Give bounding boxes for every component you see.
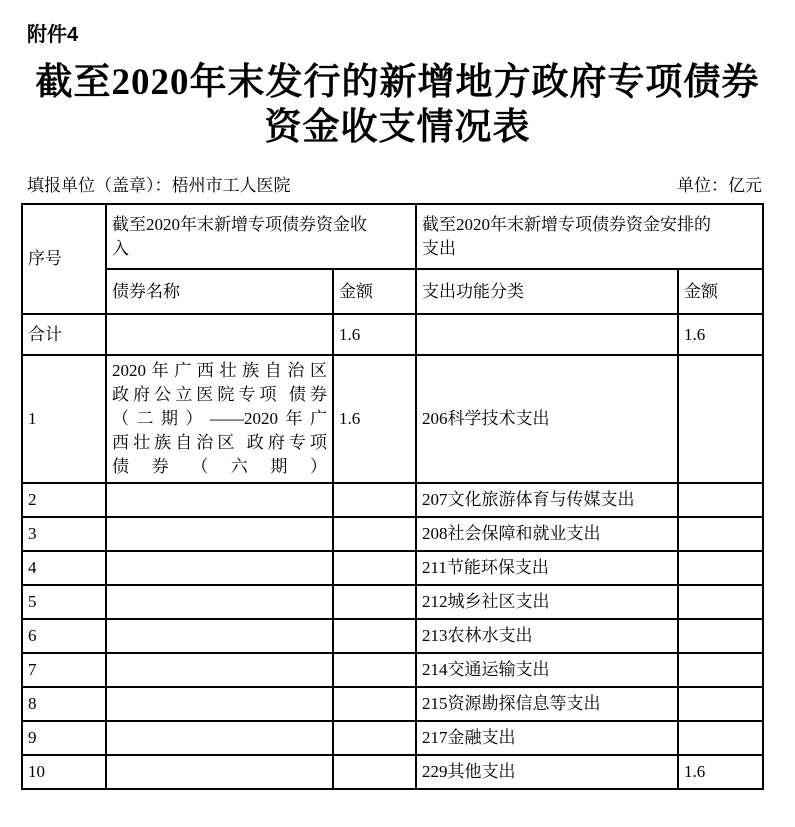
cell-bond-name — [106, 483, 333, 517]
cell-seq: 4 — [22, 551, 106, 585]
cell-income-amount — [333, 517, 416, 551]
cell-expense-function: 215资源勘探信息等支出 — [416, 687, 678, 721]
table-body: 合计1.61.612020年广西壮族自治区 政府公立医院专项 债券 （二期）——… — [22, 314, 763, 789]
header-income-group: 截至2020年末新增专项债券资金收 入 — [106, 204, 416, 269]
cell-bond-name — [106, 619, 333, 653]
cell-income-amount: 1.6 — [333, 314, 416, 355]
attachment-label: 附件4 — [27, 22, 795, 48]
cell-seq: 6 — [22, 619, 106, 653]
unit-label: 单位：亿元 — [677, 175, 762, 197]
cell-expense-amount — [678, 687, 763, 721]
cell-bond-name — [106, 721, 333, 755]
cell-income-amount — [333, 483, 416, 517]
cell-expense-amount — [678, 551, 763, 585]
document-page: 附件4 截至2020年末发行的新增地方政府专项债券 资金收支情况表 填报单位（盖… — [0, 22, 795, 790]
header-seq: 序号 — [22, 204, 106, 314]
cell-bond-name — [106, 755, 333, 789]
cell-bond-name — [106, 687, 333, 721]
meta-row: 填报单位（盖章）：梧州市工人医院 单位：亿元 — [21, 175, 762, 197]
header-income-amount: 金额 — [333, 269, 416, 314]
cell-expense-amount — [678, 653, 763, 687]
header-expense-group: 截至2020年末新增专项债券资金安排的 支出 — [416, 204, 763, 269]
cell-seq: 8 — [22, 687, 106, 721]
cell-expense-amount — [678, 721, 763, 755]
cell-bond-name — [106, 517, 333, 551]
cell-bond-name: 2020年广西壮族自治区 政府公立医院专项 债券 （二期）——2020年广 西壮… — [106, 355, 333, 483]
cell-expense-function: 213农林水支出 — [416, 619, 678, 653]
cell-income-amount: 1.6 — [333, 355, 416, 483]
table-row: 12020年广西壮族自治区 政府公立医院专项 债券 （二期）——2020年广 西… — [22, 355, 763, 483]
cell-expense-function: 229其他支出 — [416, 755, 678, 789]
header-row-columns: 债券名称 金额 支出功能分类 金额 — [22, 269, 763, 314]
cell-expense-amount: 1.6 — [678, 314, 763, 355]
cell-seq: 7 — [22, 653, 106, 687]
cell-income-amount — [333, 687, 416, 721]
cell-expense-function: 208社会保障和就业支出 — [416, 517, 678, 551]
table-row: 10229其他支出1.6 — [22, 755, 763, 789]
cell-income-amount — [333, 653, 416, 687]
cell-seq: 1 — [22, 355, 106, 483]
cell-bond-name — [106, 314, 333, 355]
cell-income-amount — [333, 619, 416, 653]
filing-unit-label: 填报单位（盖章）：梧州市工人医院 — [27, 175, 291, 197]
cell-income-amount — [333, 721, 416, 755]
total-row: 合计1.61.6 — [22, 314, 763, 355]
table-row: 7214交通运输支出 — [22, 653, 763, 687]
cell-expense-amount — [678, 585, 763, 619]
cell-expense-function: 211节能环保支出 — [416, 551, 678, 585]
table-row: 5212城乡社区支出 — [22, 585, 763, 619]
table-row: 9217金融支出 — [22, 721, 763, 755]
cell-expense-function: 207文化旅游体育与传媒支出 — [416, 483, 678, 517]
page-title-line-2: 资金收支情况表 — [10, 105, 785, 150]
cell-expense-amount — [678, 619, 763, 653]
table-row: 3208社会保障和就业支出 — [22, 517, 763, 551]
cell-seq: 10 — [22, 755, 106, 789]
cell-seq: 2 — [22, 483, 106, 517]
cell-expense-amount — [678, 355, 763, 483]
cell-income-amount — [333, 585, 416, 619]
header-bond-name: 债券名称 — [106, 269, 333, 314]
cell-expense-amount: 1.6 — [678, 755, 763, 789]
cell-bond-name — [106, 585, 333, 619]
bond-funds-table: 序号 截至2020年末新增专项债券资金收 入 截至2020年末新增专项债券资金安… — [21, 203, 764, 790]
cell-expense-function: 217金融支出 — [416, 721, 678, 755]
cell-expense-function: 214交通运输支出 — [416, 653, 678, 687]
table-row: 8215资源勘探信息等支出 — [22, 687, 763, 721]
cell-expense-amount — [678, 483, 763, 517]
cell-income-amount — [333, 755, 416, 789]
cell-expense-amount — [678, 517, 763, 551]
cell-expense-function: 212城乡社区支出 — [416, 585, 678, 619]
page-title-line-1: 截至2020年末发行的新增地方政府专项债券 — [10, 60, 785, 105]
header-row-groups: 序号 截至2020年末新增专项债券资金收 入 截至2020年末新增专项债券资金安… — [22, 204, 763, 269]
cell-seq: 合计 — [22, 314, 106, 355]
table-row: 6213农林水支出 — [22, 619, 763, 653]
cell-expense-function: 206科学技术支出 — [416, 355, 678, 483]
cell-income-amount — [333, 551, 416, 585]
header-expense-amount: 金额 — [678, 269, 763, 314]
cell-seq: 9 — [22, 721, 106, 755]
table-row: 4211节能环保支出 — [22, 551, 763, 585]
cell-expense-function — [416, 314, 678, 355]
table-row: 2207文化旅游体育与传媒支出 — [22, 483, 763, 517]
page-title: 截至2020年末发行的新增地方政府专项债券 资金收支情况表 — [10, 60, 785, 150]
cell-bond-name — [106, 551, 333, 585]
header-expense-function: 支出功能分类 — [416, 269, 678, 314]
cell-seq: 3 — [22, 517, 106, 551]
cell-seq: 5 — [22, 585, 106, 619]
cell-bond-name — [106, 653, 333, 687]
